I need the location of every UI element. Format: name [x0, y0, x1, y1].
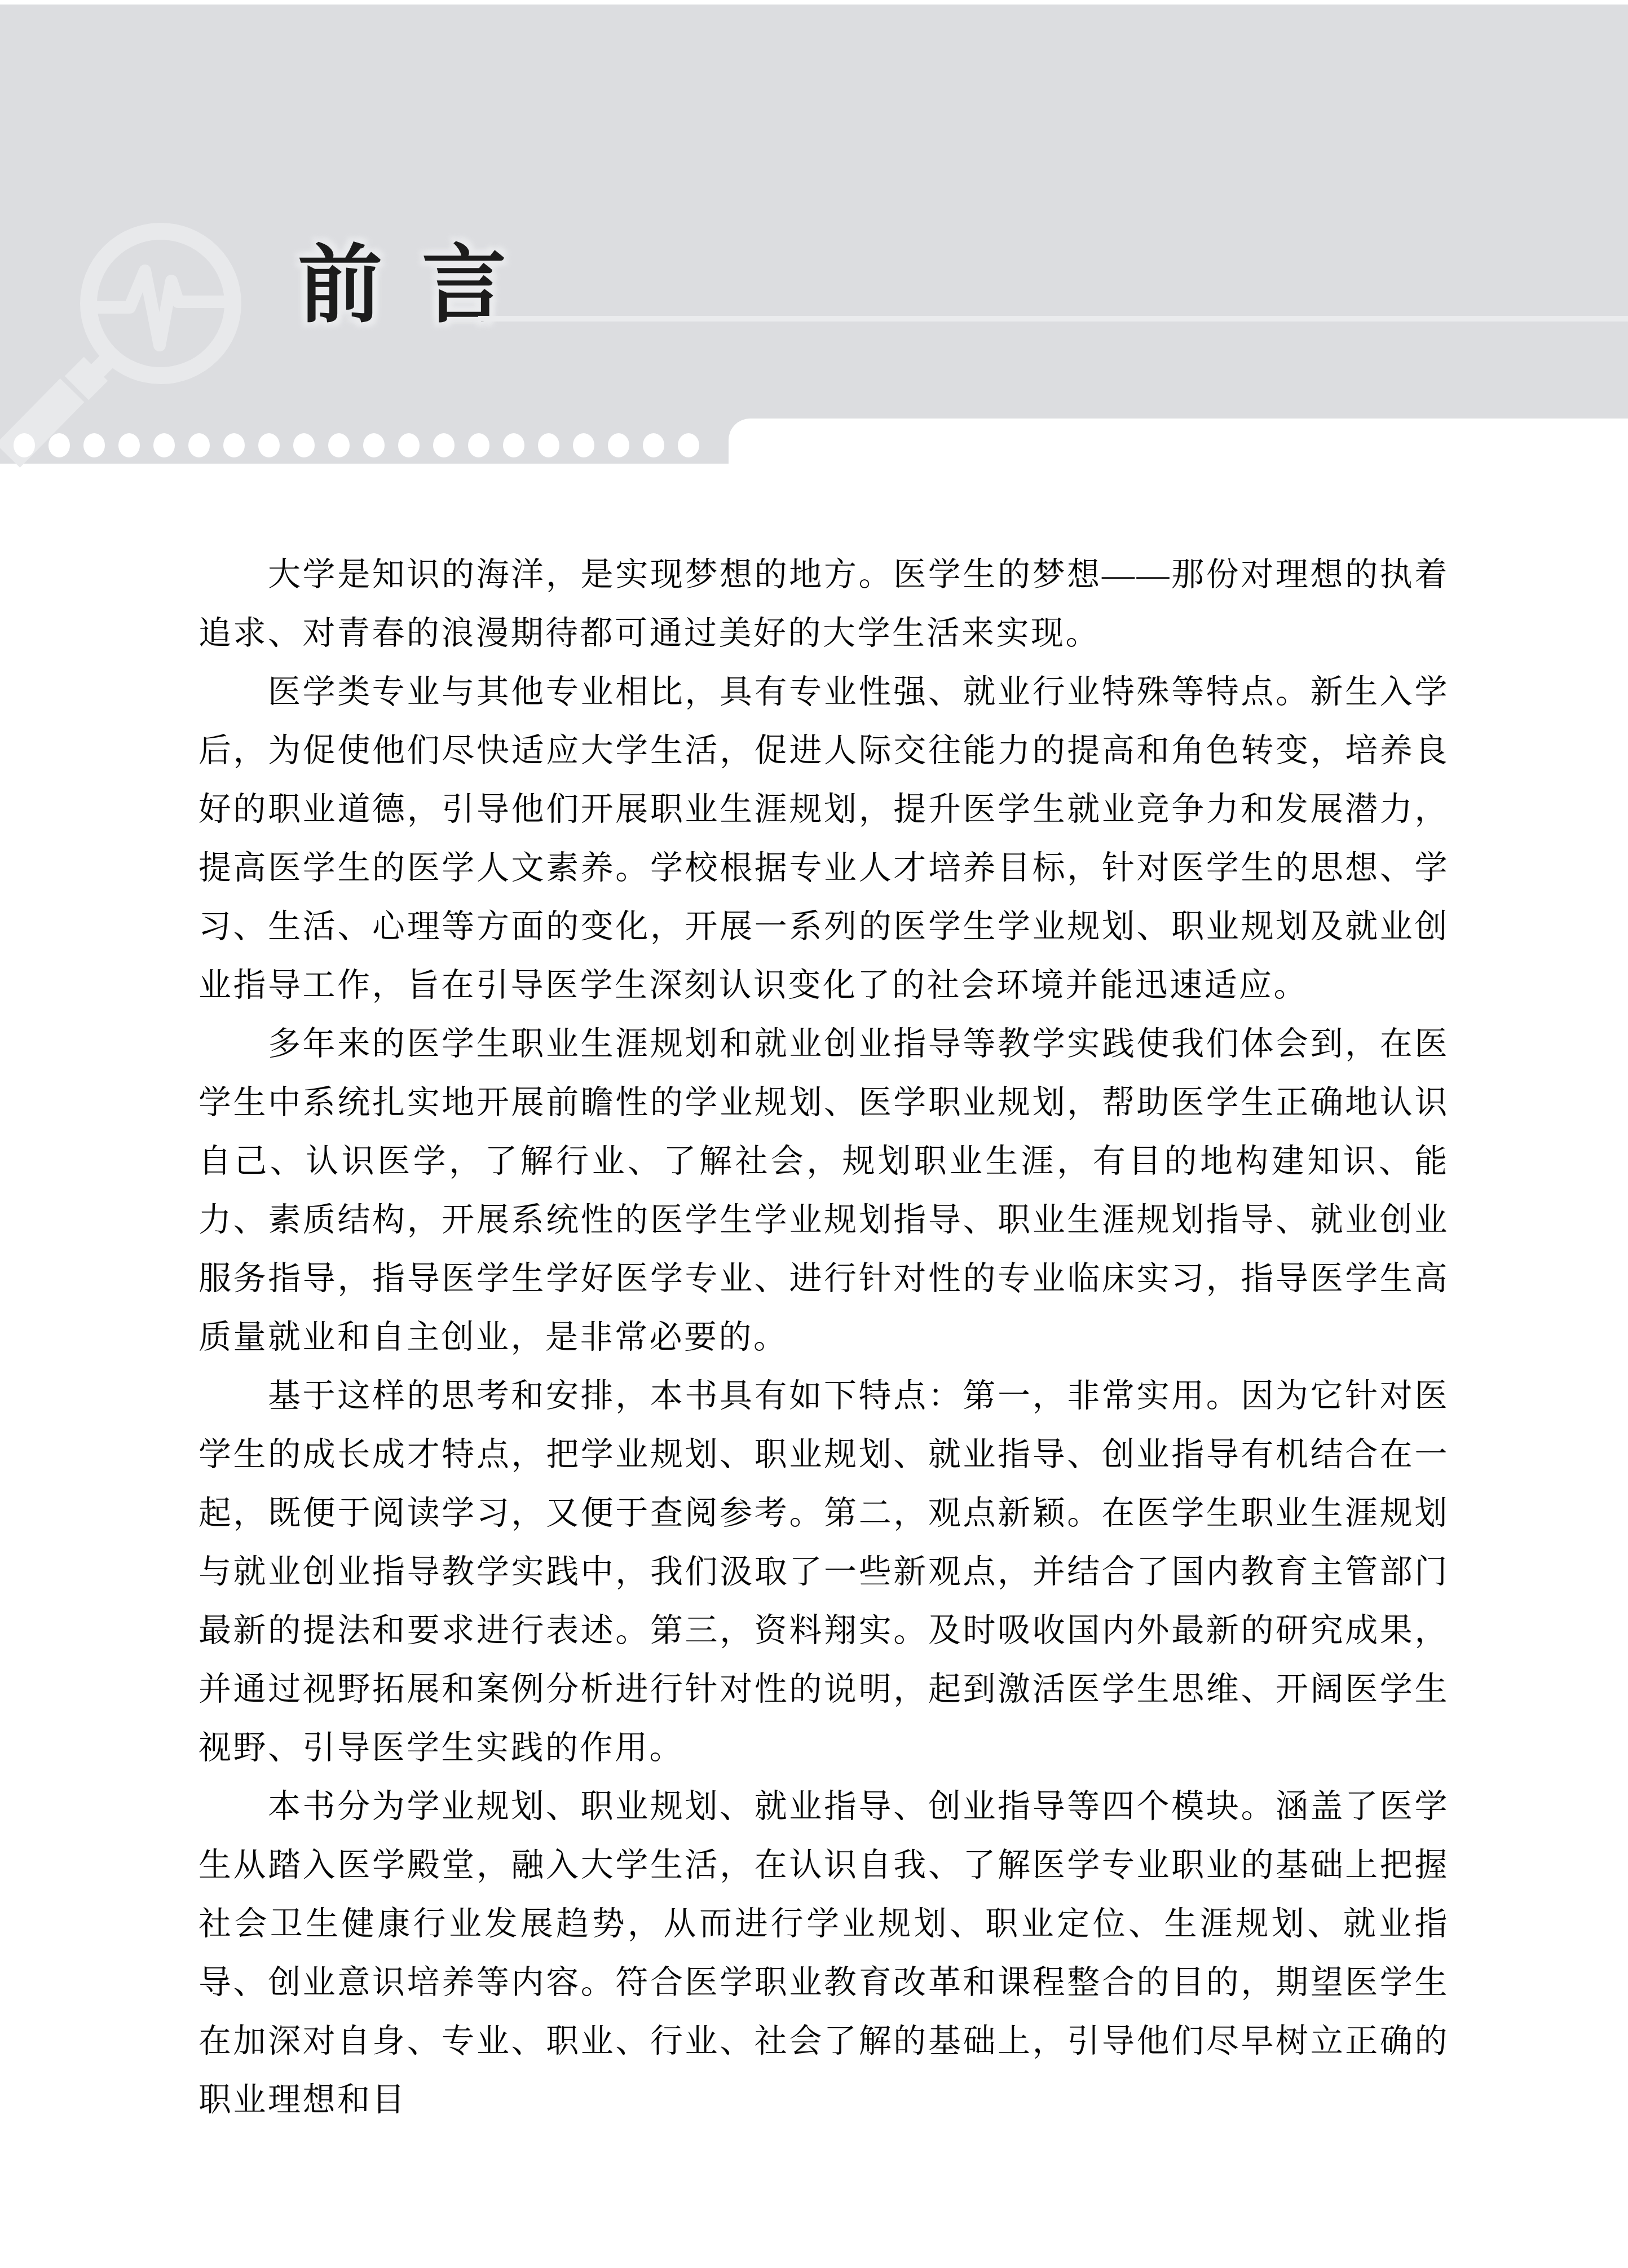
- dot-decoration: [14, 433, 35, 457]
- dot-decoration: [678, 433, 699, 457]
- dot-decoration: [643, 433, 664, 457]
- dot-decoration: [538, 433, 559, 457]
- dot-decoration: [48, 433, 70, 457]
- dot-decoration: [398, 433, 420, 457]
- dot-decoration: [188, 433, 210, 457]
- preface-body: 大学是知识的海洋，是实现梦想的地方。医学生的梦想——那份对理想的执着追求、对青春…: [198, 545, 1449, 2129]
- dot-decoration: [433, 433, 455, 457]
- dot-decoration: [223, 433, 245, 457]
- header-banner: 前言: [0, 5, 1628, 464]
- preface-paragraph: 本书分为学业规划、职业规划、就业指导、创业指导等四个模块。涵盖了医学生从踏入医学…: [198, 1777, 1449, 2129]
- dot-decoration: [363, 433, 385, 457]
- preface-paragraph: 多年来的医学生职业生涯规划和就业创业指导等教学实践使我们体会到，在医学生中系统扎…: [198, 1015, 1449, 1367]
- preface-paragraph: 医学类专业与其他专业相比，具有专业性强、就业行业特殊等特点。新生入学后，为促使他…: [198, 663, 1449, 1015]
- dot-decoration: [503, 433, 524, 457]
- dot-decoration: [83, 433, 105, 457]
- page-container: 前言 大学是知识的海洋，是实现梦想的地方。医学生的梦想——那份对理想的执着追求、…: [0, 0, 1628, 2268]
- preface-paragraph: 基于这样的思考和安排，本书具有如下特点：第一，非常实用。因为它针对医学生的成长成…: [198, 1367, 1449, 1777]
- dot-decoration: [573, 433, 594, 457]
- dot-decoration: [293, 433, 315, 457]
- page-title-char-1: 前: [298, 239, 382, 333]
- dot-decoration: [118, 433, 140, 457]
- preface-paragraph: 大学是知识的海洋，是实现梦想的地方。医学生的梦想——那份对理想的执着追求、对青春…: [198, 545, 1449, 663]
- dot-decoration: [328, 433, 350, 457]
- magnifier-pulse-watermark-icon: [0, 186, 265, 468]
- title-underline-rule: [478, 316, 1628, 322]
- banner-corner-notch: [729, 419, 1628, 464]
- page-title: 前言: [298, 244, 506, 328]
- dot-decoration: [608, 433, 629, 457]
- dots-decoration-row: [14, 433, 699, 457]
- dot-decoration: [153, 433, 175, 457]
- dot-decoration: [468, 433, 489, 457]
- dot-decoration: [258, 433, 280, 457]
